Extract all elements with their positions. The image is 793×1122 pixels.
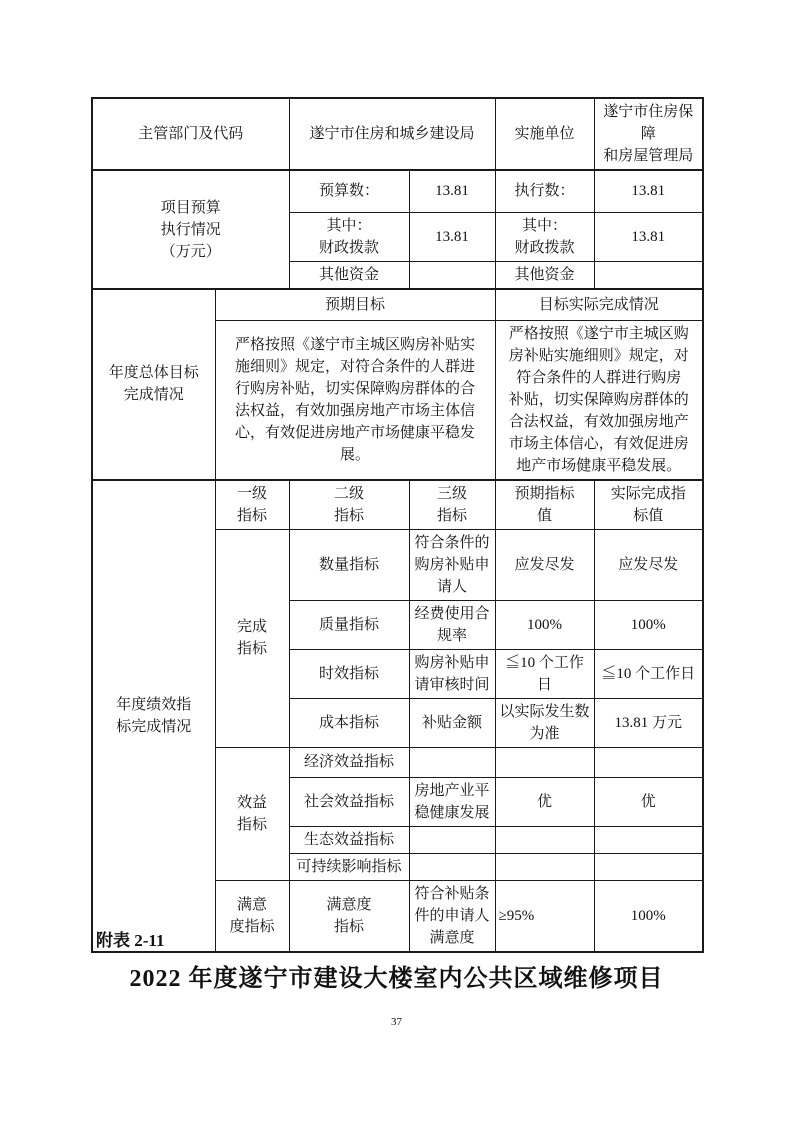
table-row: 年度绩效指 标完成情况 一级 指标 二级 指标 三级 指标 预期指标 值 实际完… <box>92 480 703 530</box>
perf-level2-cell: 数量指标 <box>289 529 409 600</box>
goal-actual-header-cell: 目标实际完成情况 <box>495 289 703 320</box>
perf-level3-cell: 符合补贴条 件的申请人 满意度 <box>409 880 495 952</box>
goal-row-label-cell: 年度总体目标 完成情况 <box>92 289 215 480</box>
perf-level2-cell: 质量指标 <box>289 600 409 649</box>
perf-level1-cell: 满意 度指标 <box>215 880 289 952</box>
perf-expected-cell: 以实际发生数 为准 <box>495 698 594 747</box>
perf-col-level2-header: 二级 指标 <box>289 480 409 530</box>
perf-level2-cell: 社会效益指标 <box>289 777 409 826</box>
perf-expected-cell <box>495 747 594 777</box>
perf-actual-cell: 13.81 万元 <box>594 698 703 747</box>
perf-col-level1-header: 一级 指标 <box>215 480 289 530</box>
perf-level2-cell: 经济效益指标 <box>289 747 409 777</box>
perf-level2-cell: 时效指标 <box>289 649 409 698</box>
table-row: 主管部门及代码 遂宁市住房和城乡建设局 实施单位 遂宁市住房保障 和房屋管理局 <box>92 98 703 170</box>
perf-actual-cell: 100% <box>594 880 703 952</box>
budget-value-cell: 13.81 <box>409 212 495 261</box>
budget-label-cell: 其他资金 <box>495 261 594 289</box>
perf-level3-cell: 符合条件的 购房补贴申 请人 <box>409 529 495 600</box>
budget-value-cell: 13.81 <box>594 212 703 261</box>
perf-actual-cell <box>594 826 703 853</box>
perf-expected-cell: 优 <box>495 777 594 826</box>
perf-actual-cell <box>594 853 703 880</box>
appendix-label: 附表 2-11 <box>96 926 164 951</box>
budget-label-cell: 预算数： <box>289 170 409 212</box>
budget-label-cell: 执行数： <box>495 170 594 212</box>
dept-code-label-cell: 主管部门及代码 <box>92 98 289 170</box>
document-page: 主管部门及代码 遂宁市住房和城乡建设局 实施单位 遂宁市住房保障 和房屋管理局 … <box>0 0 793 1122</box>
next-section-title: 2022 年度遂宁市建设大楼室内公共区域维修项目 <box>0 958 793 993</box>
perf-expected-cell: 100% <box>495 600 594 649</box>
budget-label-cell: 其中： 财政拨款 <box>495 212 594 261</box>
perf-level2-cell: 可持续影响指标 <box>289 853 409 880</box>
perf-col-level3-header: 三级 指标 <box>409 480 495 530</box>
perf-level2-cell: 满意度 指标 <box>289 880 409 952</box>
perf-actual-cell: 100% <box>594 600 703 649</box>
perf-level3-cell: 补贴金额 <box>409 698 495 747</box>
perf-level2-cell: 生态效益指标 <box>289 826 409 853</box>
perf-expected-cell <box>495 853 594 880</box>
perf-col-actual-header: 实际完成指 标值 <box>594 480 703 530</box>
page-number: 37 <box>0 1016 793 1028</box>
budget-value-cell: 13.81 <box>594 170 703 212</box>
goal-expected-text-cell: 严格按照《遂宁市主城区购房补贴实 施细则》规定，对符合条件的人群进 行购房补贴，… <box>215 320 495 480</box>
performance-report-table: 主管部门及代码 遂宁市住房和城乡建设局 实施单位 遂宁市住房保障 和房屋管理局 … <box>91 97 704 953</box>
perf-level1-cell: 完成 指标 <box>215 529 289 747</box>
budget-row-label-cell: 项目预算 执行情况 （万元） <box>92 170 289 289</box>
impl-unit-label-cell: 实施单位 <box>495 98 594 170</box>
perf-level3-cell <box>409 853 495 880</box>
perf-level3-cell <box>409 826 495 853</box>
perf-level3-cell <box>409 747 495 777</box>
budget-label-cell: 其他资金 <box>289 261 409 289</box>
budget-value-cell: 13.81 <box>409 170 495 212</box>
budget-value-cell <box>409 261 495 289</box>
perf-expected-cell: 应发尽发 <box>495 529 594 600</box>
perf-actual-cell: 应发尽发 <box>594 529 703 600</box>
perf-row-label-cell: 年度绩效指 标完成情况 <box>92 480 215 952</box>
perf-level2-cell: 成本指标 <box>289 698 409 747</box>
perf-actual-cell: ≦10 个工作日 <box>594 649 703 698</box>
budget-value-cell <box>594 261 703 289</box>
perf-level3-cell: 经费使用合 规率 <box>409 600 495 649</box>
budget-label-cell: 其中： 财政拨款 <box>289 212 409 261</box>
perf-level3-cell: 房地产业平 稳健康发展 <box>409 777 495 826</box>
perf-expected-cell: ≥95% <box>495 880 594 952</box>
perf-col-expected-header: 预期指标 值 <box>495 480 594 530</box>
perf-expected-cell: ≦10 个工作日 <box>495 649 594 698</box>
perf-actual-cell: 优 <box>594 777 703 826</box>
table-row: 项目预算 执行情况 （万元） 预算数： 13.81 执行数： 13.81 <box>92 170 703 212</box>
goal-expected-header-cell: 预期目标 <box>215 289 495 320</box>
perf-expected-cell <box>495 826 594 853</box>
dept-value-cell: 遂宁市住房和城乡建设局 <box>289 98 495 170</box>
perf-level1-cell: 效益 指标 <box>215 747 289 880</box>
impl-unit-value-cell: 遂宁市住房保障 和房屋管理局 <box>594 98 703 170</box>
table-row: 年度总体目标 完成情况 预期目标 目标实际完成情况 <box>92 289 703 320</box>
perf-actual-cell <box>594 747 703 777</box>
goal-actual-text-cell: 严格按照《遂宁市主城区购 房补贴实施细则》规定，对 符合条件的人群进行购房 补贴… <box>495 320 703 480</box>
perf-level3-cell: 购房补贴申 请审核时间 <box>409 649 495 698</box>
